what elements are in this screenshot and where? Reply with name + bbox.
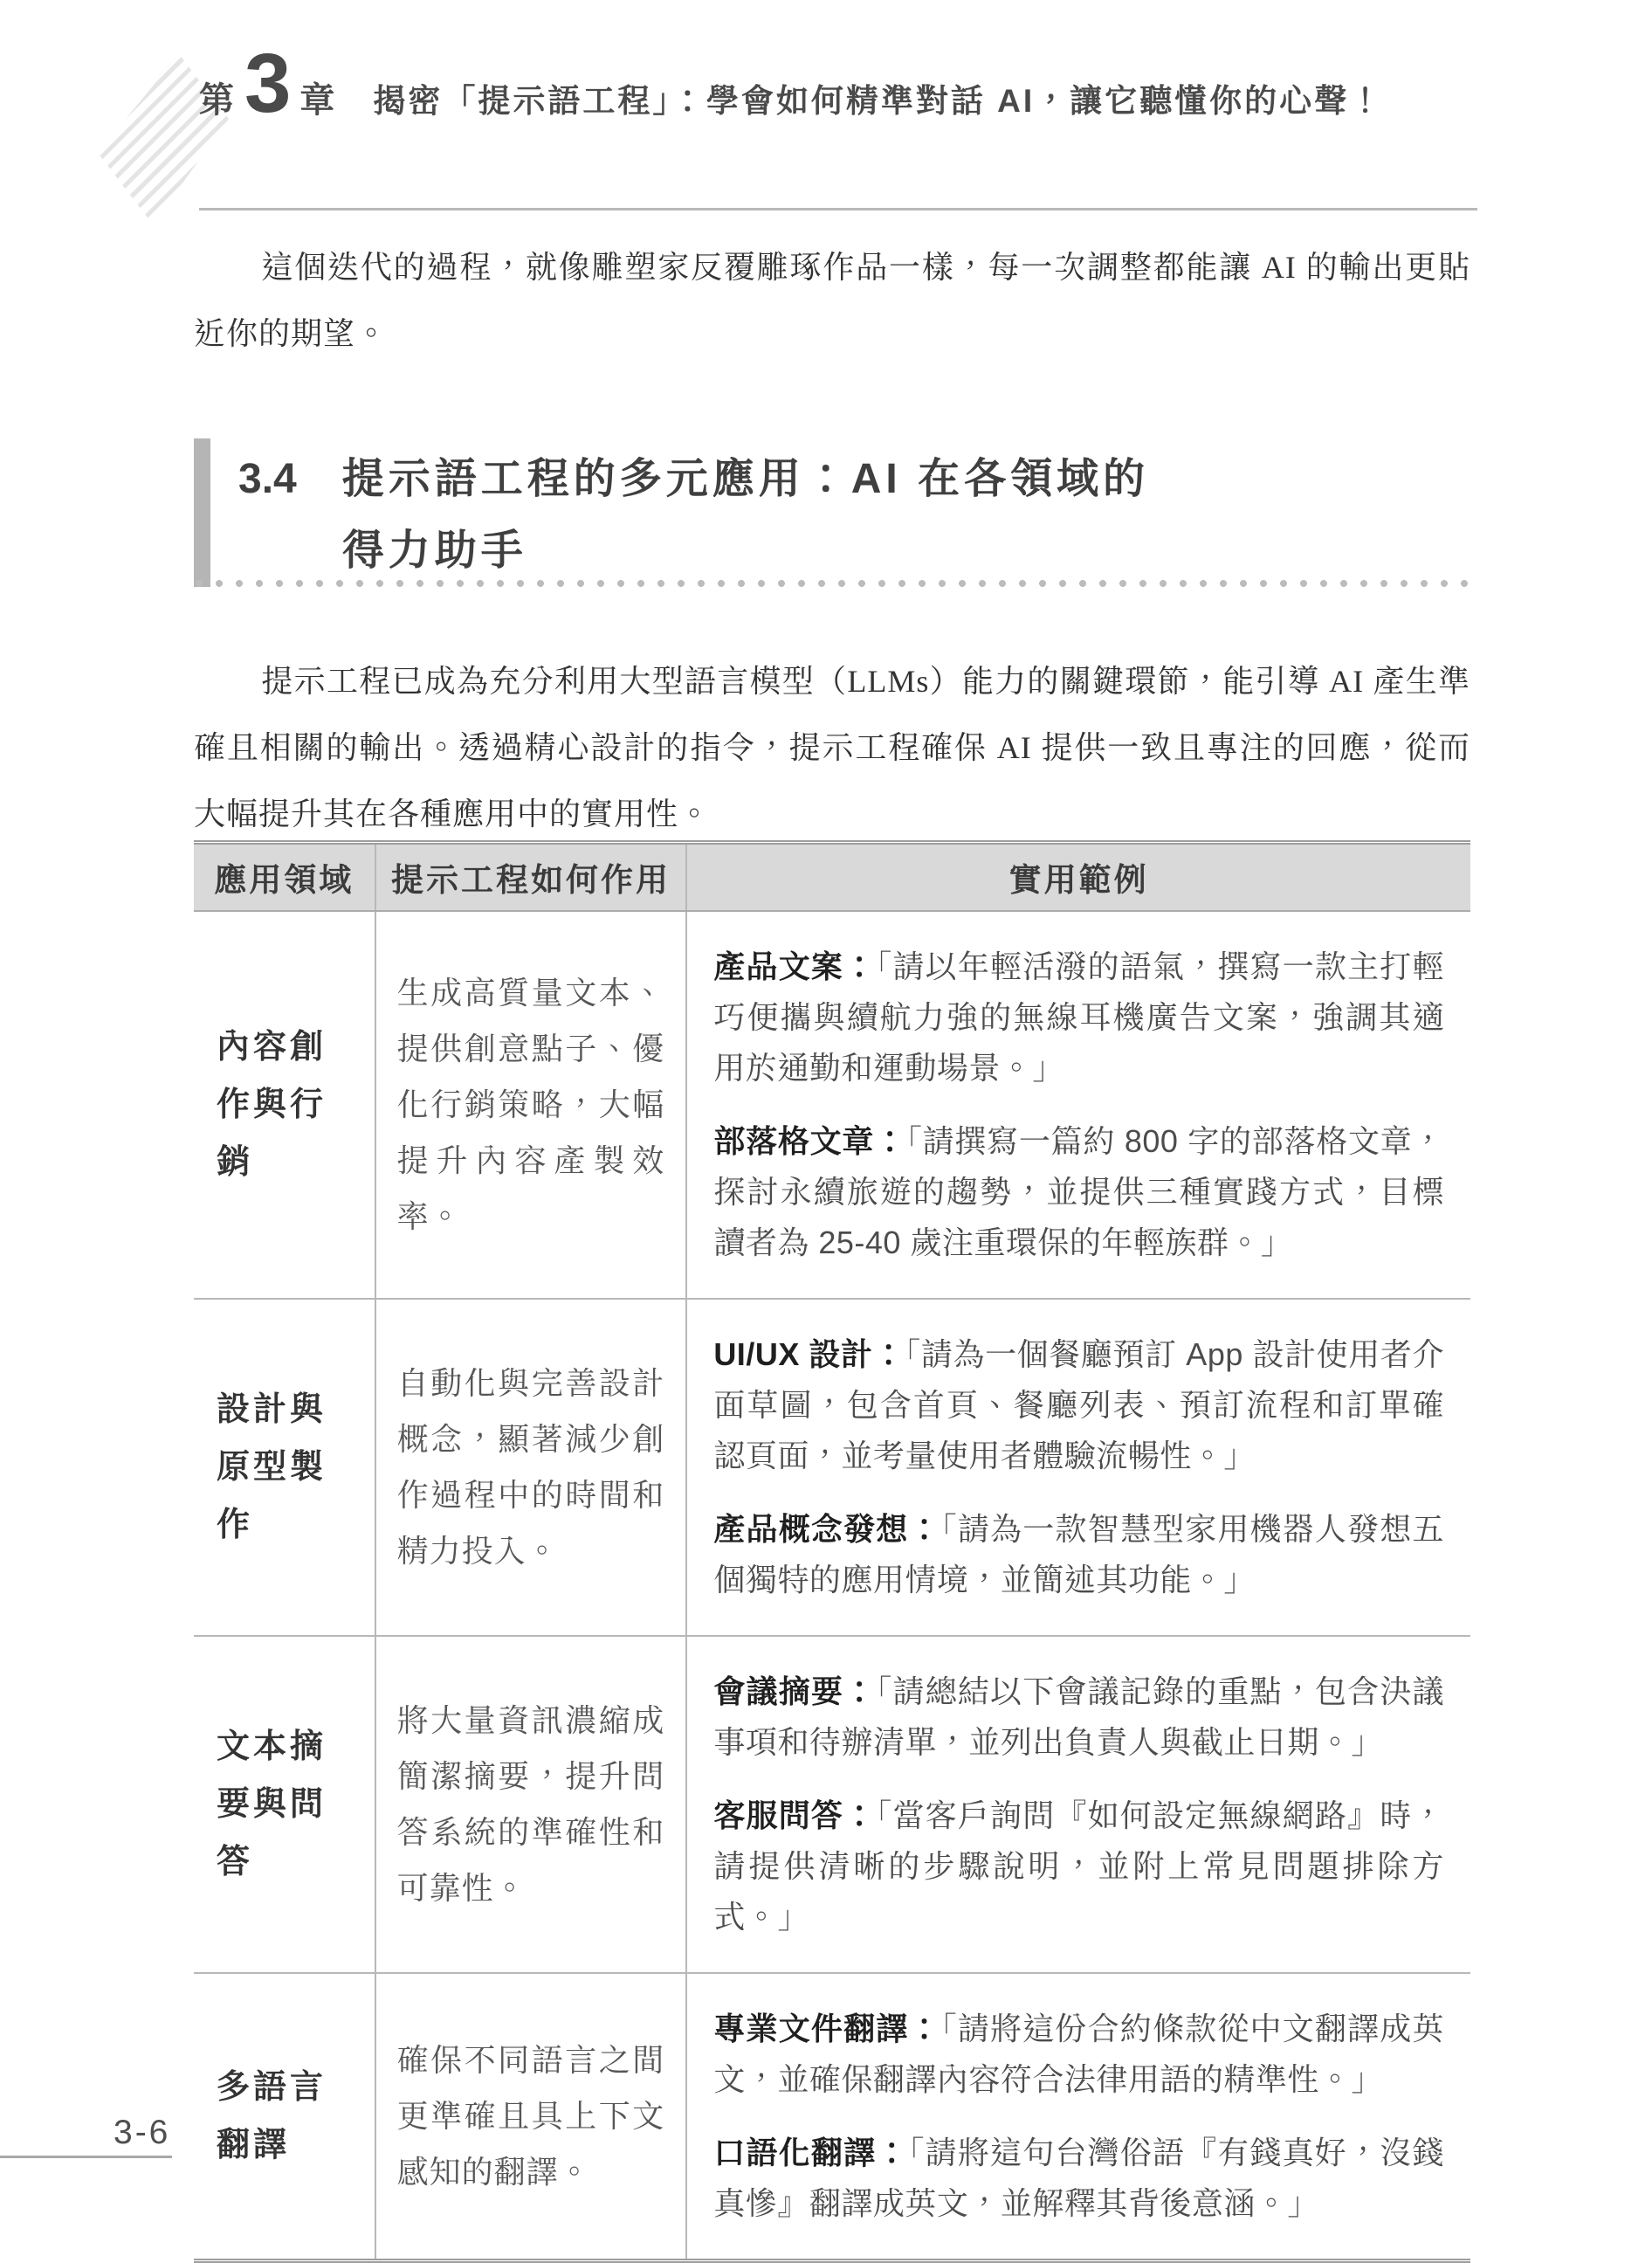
- section-title-line2: 得力助手: [342, 528, 527, 574]
- how-cell: 確保不同語言之間更準確且具上下文感知的翻譯。: [375, 1973, 687, 2261]
- header-how-prompting-works: 提示工程如何作用: [375, 843, 687, 911]
- example-label: UI/UX 設計：: [713, 1336, 905, 1372]
- domain-cell: 多語言翻譯: [194, 1973, 375, 2261]
- example-label: 會議摘要：: [713, 1673, 876, 1709]
- example-label: 部落格文章：: [713, 1123, 906, 1159]
- applications-table: 應用領域 提示工程如何作用 實用範例 內容創作與行銷 生成高質量文本、提供創意點…: [194, 840, 1470, 2263]
- header-divider: [199, 208, 1477, 210]
- examples-cell: 專業文件翻譯：「請將這份合約條款從中文翻譯成英文，並確保翻譯內容符合法律用語的精…: [686, 1973, 1470, 2261]
- page-root: { "chapter": { "prefix": "第", "number": …: [0, 0, 1652, 2236]
- table-row: 文本摘要與問答 將大量資訊濃縮成簡潔摘要，提升問答系統的準確性和可靠性。 會議摘…: [194, 1636, 1470, 1973]
- section-paragraph: 提示工程已成為充分利用大型語言模型（LLMs）能力的關鍵環節，能引導 AI 產生…: [194, 648, 1470, 847]
- intro-paragraph: 這個迭代的過程，就像雕塑家反覆雕琢作品一樣，每一次調整都能讓 AI 的輸出更貼近…: [194, 234, 1470, 367]
- example-item: 產品文案：「請以年輕活潑的語氣，撰寫一款主打輕巧便攜與續航力強的無線耳機廣告文案…: [713, 942, 1444, 1094]
- chapter-prefix: 第: [199, 72, 236, 122]
- example-item: 產品概念發想：「請為一款智慧型家用機器人發想五個獨特的應用情境，並簡述其功能。」: [713, 1504, 1444, 1605]
- chapter-number: 3: [244, 42, 291, 126]
- example-label: 產品概念發想：: [713, 1511, 940, 1547]
- table-row: 內容創作與行銷 生成高質量文本、提供創意點子、優化行銷策略，大幅提升內容產製效率…: [194, 911, 1470, 1299]
- how-cell: 生成高質量文本、提供創意點子、優化行銷策略，大幅提升內容產製效率。: [375, 911, 687, 1299]
- example-label: 口語化翻譯：: [713, 2135, 908, 2170]
- table-row: 設計與原型製作 自動化與完善設計概念，顯著減少創作過程中的時間和精力投入。 UI…: [194, 1299, 1470, 1636]
- example-item: 專業文件翻譯：「請將這份合約條款從中文翻譯成英文，並確保翻譯內容符合法律用語的精…: [713, 2004, 1444, 2105]
- section-number: 3.4: [238, 438, 297, 587]
- examples-cell: 產品文案：「請以年輕活潑的語氣，撰寫一款主打輕巧便攜與續航力強的無線耳機廣告文案…: [686, 911, 1470, 1299]
- examples-cell: 會議摘要：「請總結以下會議記錄的重點，包含決議事項和待辦清單，並列出負責人與截止…: [686, 1636, 1470, 1973]
- domain-cell: 文本摘要與問答: [194, 1636, 375, 1973]
- example-label: 客服問答：: [713, 1797, 876, 1833]
- chapter-title: 揭密「提示語工程」：學會如何精準對話 AI，讓它聽懂你的心聲！: [373, 74, 1384, 121]
- example-item: UI/UX 設計：「請為一個餐廳預訂 App 設計使用者介面草圖，包含首頁、餐廳…: [713, 1329, 1444, 1481]
- page-number: 3-6: [114, 2114, 170, 2152]
- section-accent-bar: [194, 438, 210, 587]
- table-header-row: 應用領域 提示工程如何作用 實用範例: [194, 843, 1470, 911]
- chapter-suffix: 章: [299, 72, 336, 122]
- header-application-domain: 應用領域: [194, 843, 375, 911]
- example-label: 產品文案：: [713, 949, 876, 984]
- footer-line: [0, 2156, 172, 2158]
- section-heading: 3.4 提示語工程的多元應用：AI 在各領域的 得力助手: [194, 438, 1477, 587]
- how-cell: 自動化與完善設計概念，顯著減少創作過程中的時間和精力投入。: [375, 1299, 687, 1636]
- domain-cell: 設計與原型製作: [194, 1299, 375, 1636]
- dotted-divider: [194, 576, 1472, 590]
- example-item: 部落格文章：「請撰寫一篇約 800 字的部落格文章，探討永續旅遊的趨勢，並提供三…: [713, 1116, 1444, 1268]
- header-practical-examples: 實用範例: [686, 843, 1470, 911]
- examples-cell: UI/UX 設計：「請為一個餐廳預訂 App 設計使用者介面草圖，包含首頁、餐廳…: [686, 1299, 1470, 1636]
- how-cell: 將大量資訊濃縮成簡潔摘要，提升問答系統的準確性和可靠性。: [375, 1636, 687, 1973]
- example-item: 客服問答：「當客戶詢問『如何設定無線網路』時，請提供清晰的步驟說明，並附上常見問…: [713, 1790, 1444, 1942]
- example-label: 專業文件翻譯：: [713, 2011, 940, 2046]
- domain-cell: 內容創作與行銷: [194, 911, 375, 1299]
- chapter-header: 第 3 章 揭密「提示語工程」：學會如何精準對話 AI，讓它聽懂你的心聲！: [199, 42, 1483, 126]
- section-title-line1: 提示語工程的多元應用：AI 在各領域的: [342, 456, 1149, 502]
- example-item: 會議摘要：「請總結以下會議記錄的重點，包含決議事項和待辦清單，並列出負責人與截止…: [713, 1666, 1444, 1768]
- table-row: 多語言翻譯 確保不同語言之間更準確且具上下文感知的翻譯。 專業文件翻譯：「請將這…: [194, 1973, 1470, 2261]
- example-item: 口語化翻譯：「請將這句台灣俗語『有錢真好，沒錢真慘』翻譯成英文，並解釋其背後意涵…: [713, 2128, 1444, 2229]
- section-title: 提示語工程的多元應用：AI 在各領域的 得力助手: [342, 438, 1149, 587]
